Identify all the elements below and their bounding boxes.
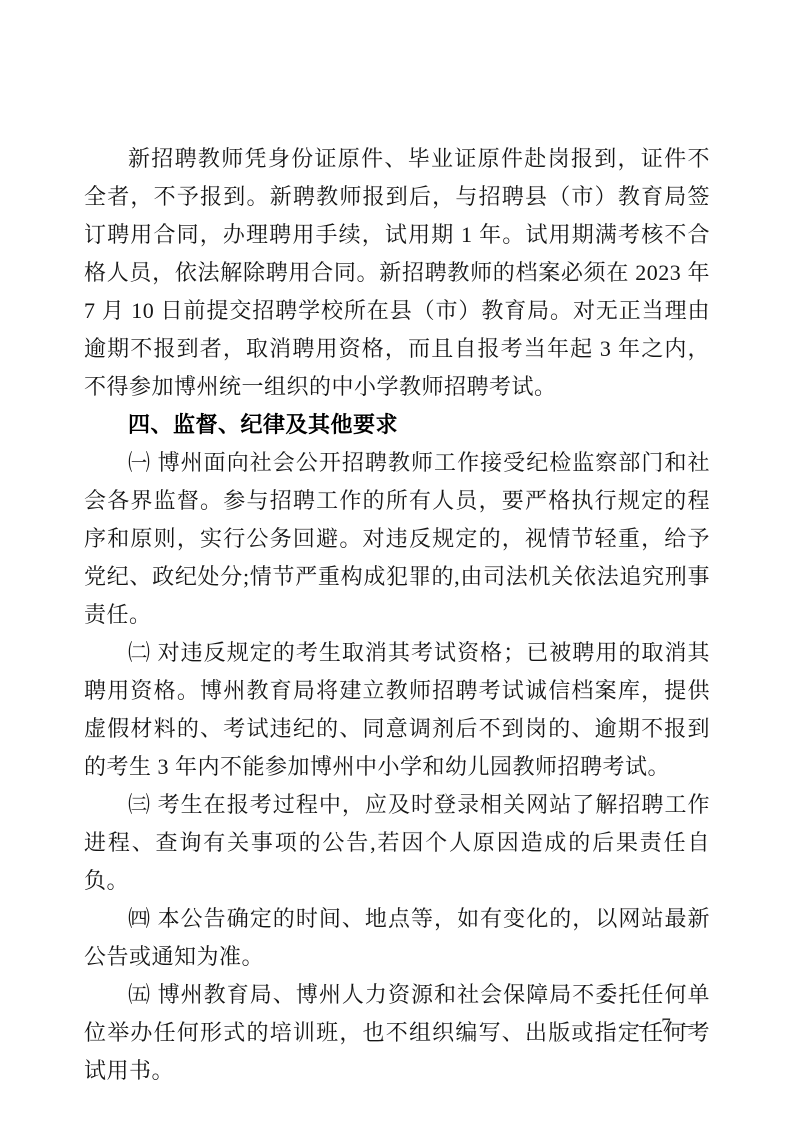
paragraph-item-5-no-training-classes: ㈤ 博州教育局、博州人力资源和社会保障局不委托任何单位举办任何形式的培训班，也不… — [84, 976, 710, 1090]
paragraph-item-2-violation-penalties: ㈡ 对违反规定的考生取消其考试资格；已被聘用的取消其聘用资格。博州教育局将建立教… — [84, 634, 710, 786]
paragraph-item-1-supervision: ㈠ 博州面向社会公开招聘教师工作接受纪检监察部门和社会各界监督。参与招聘工作的所… — [84, 444, 710, 634]
document-body: 新招聘教师凭身份证原件、毕业证原件赴岗报到，证件不全者，不予报到。新聘教师报到后… — [84, 140, 710, 1090]
document-page: 新招聘教师凭身份证原件、毕业证原件赴岗报到，证件不全者，不予报到。新聘教师报到后… — [0, 0, 793, 1122]
paragraph-new-teacher-reporting: 新招聘教师凭身份证原件、毕业证原件赴岗报到，证件不全者，不予报到。新聘教师报到后… — [84, 140, 710, 406]
page-number: – 7 – — [639, 1014, 697, 1038]
paragraph-item-4-changes-notice: ㈣ 本公告确定的时间、地点等，如有变化的，以网站最新公告或通知为准。 — [84, 900, 710, 976]
paragraph-item-3-candidate-responsibility: ㈢ 考生在报考过程中，应及时登录相关网站了解招聘工作进程、查询有关事项的公告,若… — [84, 786, 710, 900]
section-heading-supervision-discipline: 四、监督、纪律及其他要求 — [84, 406, 710, 444]
